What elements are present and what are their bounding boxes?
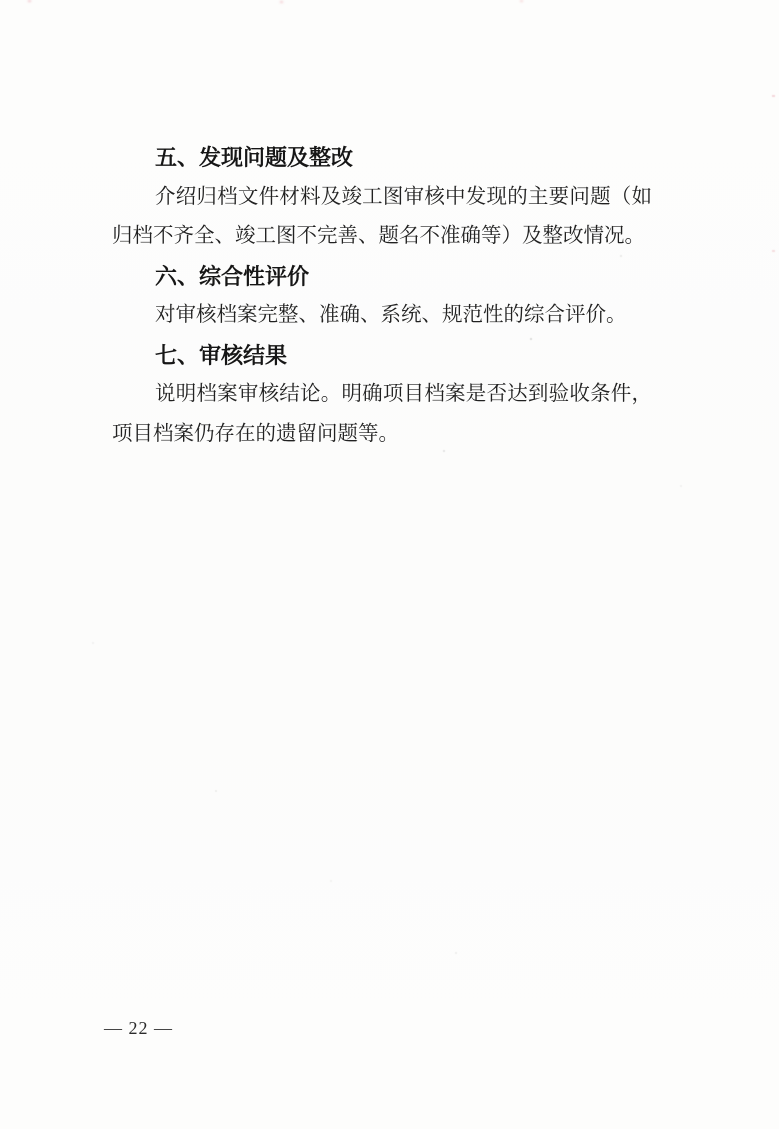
section-5-heading: 五、发现问题及整改 <box>112 138 652 178</box>
page-footer: — 22 — <box>104 1018 173 1039</box>
section-7-heading: 七、审核结果 <box>112 336 652 376</box>
section-7-paragraph: 说明档案审核结论。明确项目档案是否达到验收条件，项目档案仍存在的遗留问题等。 <box>112 375 652 454</box>
section-6-paragraph: 对审核档案完整、准确、系统、规范性的综合评价。 <box>112 296 652 336</box>
scan-edge-artifacts <box>0 0 3 2</box>
section-5-paragraph: 介绍归档文件材料及竣工图审核中发现的主要问题（如归档不齐全、竣工图不完善、题名不… <box>112 178 652 257</box>
document-body: 五、发现问题及整改 介绍归档文件材料及竣工图审核中发现的主要问题（如归档不齐全、… <box>112 138 652 454</box>
section-6-heading: 六、综合性评价 <box>112 257 652 297</box>
section-6-comprehensive-evaluation: 六、综合性评价 对审核档案完整、准确、系统、规范性的综合评价。 <box>112 257 652 336</box>
page-number: — 22 — <box>104 1018 173 1038</box>
section-7-review-result: 七、审核结果 说明档案审核结论。明确项目档案是否达到验收条件，项目档案仍存在的遗… <box>112 336 652 455</box>
section-5-problems-and-rectification: 五、发现问题及整改 介绍归档文件材料及竣工图审核中发现的主要问题（如归档不齐全、… <box>112 138 652 257</box>
scanned-document-page: 五、发现问题及整改 介绍归档文件材料及竣工图审核中发现的主要问题（如归档不齐全、… <box>0 0 779 1129</box>
